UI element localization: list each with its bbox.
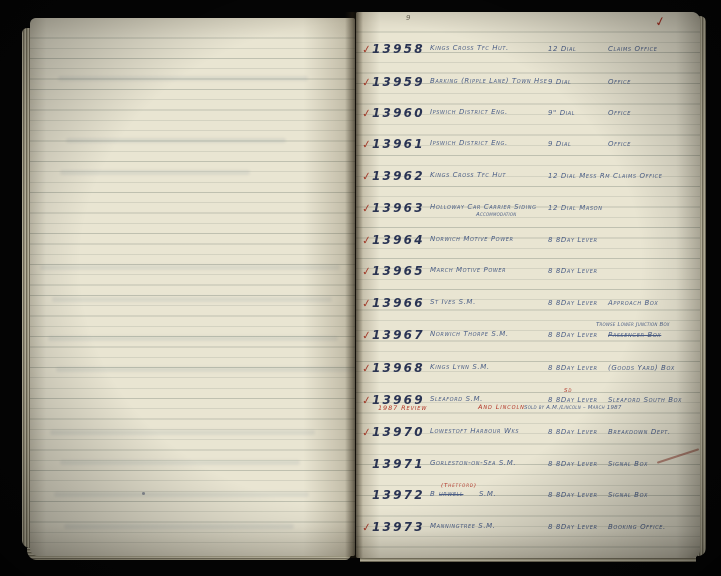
red-check-icon: ✓ — [361, 296, 372, 310]
ink-bleedthrough — [50, 430, 315, 435]
ledger-row: ✓13968Kings Lynn S.M.8 8Day Lever(Goods … — [356, 361, 700, 391]
ledger-row: ✓13959Barking (Ripple Lane) Town Hse9 Di… — [356, 75, 700, 105]
entry-location: Norwich Motive Power — [430, 235, 514, 243]
entry-type: 9 Dial — [548, 78, 571, 86]
entry-number: 13958 — [372, 42, 425, 56]
entry-type: 8 8Day Lever — [548, 428, 598, 436]
entry-number: 13964 — [372, 233, 425, 247]
entry-type: 8 8Day Lever — [548, 267, 598, 275]
entry-place-struck: Passenger Box — [608, 331, 661, 339]
entry-place: Claims Office — [608, 45, 657, 53]
red-check-icon: ✓ — [361, 393, 372, 407]
page-number-mark: 9 — [406, 14, 410, 22]
ledger-row: ✓13964Norwich Motive Power8 8Day Lever — [356, 233, 700, 263]
entry-type: 8 8Day Lever — [548, 460, 598, 468]
ledger-row: ✓13970Lowestoft Harbour Wks8 8Day LeverB… — [356, 425, 700, 455]
entry-location: Kings Cross Tfc Hut. — [430, 44, 509, 52]
entry-review-note: 1987 Review — [378, 404, 427, 412]
entry-location: Ipswich District Eng. — [430, 139, 508, 147]
entry-number: 13972 — [372, 488, 425, 502]
entry-location: Ipswich District Eng. — [430, 108, 508, 116]
ink-bleedthrough — [52, 297, 332, 302]
ledger-row: ✓13969Sleaford S.M.8 8Day LeverSdSleafor… — [356, 393, 700, 423]
entry-number: 13973 — [372, 520, 425, 534]
entry-place: Approach Box — [608, 299, 658, 307]
entry-place: Sleaford South Box — [608, 396, 682, 404]
entry-location-note: (Thetford) — [441, 483, 477, 489]
entry-number: 13967 — [372, 328, 425, 342]
ruled-lines-left — [30, 28, 355, 550]
red-check-icon: ✓ — [361, 361, 372, 375]
ink-bleedthrough — [48, 336, 338, 341]
red-check-icon: ✓ — [361, 328, 372, 342]
entry-location: Holloway Car Carrier Siding — [430, 203, 537, 211]
entry-number: 13966 — [372, 296, 425, 310]
entry-sold-note: Sold by A.M./Lincoln – March 1987 — [524, 405, 622, 411]
red-check-icon: ✓ — [361, 233, 372, 247]
ink-bleedthrough — [66, 138, 286, 143]
ledger-right-page: 9 ✓ ✓13958Kings Cross Tfc Hut.12 DialCla… — [356, 12, 700, 558]
entry-type: 12 Dial Mess Rm Claims Office — [548, 172, 663, 180]
entry-type: 9 Dial — [548, 140, 571, 148]
entry-and-lincoln-note: And Lincoln — [478, 403, 525, 411]
entry-type: 8 8Day Lever — [548, 299, 598, 307]
entry-place: Breakdown Dept. — [608, 428, 671, 436]
entry-number: 13961 — [372, 137, 425, 151]
red-check-icon: ✓ — [361, 42, 372, 56]
ledger-row: ✓13965March Motive Power8 8Day Lever — [356, 264, 700, 294]
ledger-photograph: 9 ✓ ✓13958Kings Cross Tfc Hut.12 DialCla… — [0, 0, 721, 576]
red-check-icon: ✓ — [361, 425, 372, 439]
ledger-row: ✓13967Norwich Thorpe S.M.8 8Day LeverPas… — [356, 328, 700, 358]
entry-location: Kings Lynn S.M. — [430, 363, 490, 371]
entry-location-subnote: Accommodation — [476, 212, 516, 218]
red-check-icon: ✓ — [361, 75, 372, 89]
red-check-top-icon: ✓ — [654, 14, 668, 31]
red-check-icon: ✓ — [361, 520, 372, 534]
entry-place: Booking Office. — [608, 523, 666, 531]
entry-location: Lowestoft Harbour Wks — [430, 427, 519, 435]
ink-bleedthrough — [60, 460, 300, 465]
ledger-row: ✓13958Kings Cross Tfc Hut.12 DialClaims … — [356, 42, 700, 72]
entry-place: Signal Box — [608, 491, 648, 499]
ink-bleedthrough — [56, 367, 355, 372]
entry-type: 8 8Day Lever — [548, 523, 598, 531]
entry-location: Manningtree S.M. — [430, 522, 496, 530]
entry-number: 13965 — [372, 264, 425, 278]
entry-number: 13970 — [372, 425, 425, 439]
red-check-icon: ✓ — [361, 264, 372, 278]
entry-location: Norwich Thorpe S.M. — [430, 330, 509, 338]
ledger-left-page — [30, 18, 355, 556]
ledger-row: ✓13960Ipswich District Eng.9" DialOffice — [356, 106, 700, 136]
red-check-icon: ✓ — [361, 106, 372, 120]
entry-location: Kings Cross Tfc Hut — [430, 171, 506, 179]
ink-spot — [142, 492, 145, 495]
entry-place: Signal Box — [608, 460, 648, 468]
entry-number: 13960 — [372, 106, 425, 120]
entry-place: Office — [608, 109, 631, 117]
entry-number: 13968 — [372, 361, 425, 375]
entry-location: Barking (Ripple Lane) Town Hse — [430, 77, 547, 85]
entry-type: 8 8Day Lever — [548, 396, 598, 404]
ink-bleedthrough — [40, 265, 340, 270]
entry-place: Office — [608, 78, 631, 86]
entry-location: S.M. — [479, 490, 496, 498]
entry-place: Office — [608, 140, 631, 148]
red-check-icon: ✓ — [361, 169, 372, 183]
entry-type: 12 Dial — [548, 45, 576, 53]
ledger-row: ✓13973Manningtree S.M.8 8Day LeverBookin… — [356, 520, 700, 550]
entry-number: 13963 — [372, 201, 425, 215]
entry-number: 13962 — [372, 169, 425, 183]
ink-bleedthrough — [60, 170, 250, 175]
ledger-row: ✓13962Kings Cross Tfc Hut12 Dial Mess Rm… — [356, 169, 700, 199]
entry-type: 8 8Day Lever — [548, 491, 598, 499]
ledger-row: ✓13961Ipswich District Eng.9 DialOffice — [356, 137, 700, 167]
entry-type: 8 8Day Lever — [548, 331, 598, 339]
ledger-row: 13972B(Thetford)urwellS.M.8 8Day LeverSi… — [356, 488, 700, 518]
entry-number: 13971 — [372, 457, 425, 471]
ink-bleedthrough — [54, 492, 309, 497]
entry-type: 8 8Day Lever — [548, 236, 598, 244]
entry-place: (Goods Yard) Box — [608, 364, 675, 372]
entry-location: Gorleston-on-Sea S.M. — [430, 459, 516, 467]
entry-place-note: Trowse Lower Junction Box — [596, 322, 670, 328]
entry-location: March Motive Power — [430, 266, 506, 274]
entry-location-prefix: B — [430, 490, 435, 498]
entry-type: 12 Dial Mason — [548, 204, 603, 212]
entry-type-note: Sd — [564, 388, 572, 394]
entry-number: 13959 — [372, 75, 425, 89]
ledger-row: 13971Gorleston-on-Sea S.M.8 8Day LeverSi… — [356, 457, 700, 487]
red-check-icon: ✓ — [361, 137, 372, 151]
red-check-icon: ✓ — [361, 201, 372, 215]
entry-location-struck: urwell — [439, 490, 463, 498]
entry-location: Sleaford S.M. — [430, 395, 483, 403]
ink-bleedthrough — [58, 76, 308, 81]
entry-location: St Ives S.M. — [430, 298, 476, 306]
entry-type: 8 8Day Lever — [548, 364, 598, 372]
entry-type: 9" Dial — [548, 109, 575, 117]
ledger-row: ✓13963Holloway Car Carrier SidingAccommo… — [356, 201, 700, 231]
ink-bleedthrough — [64, 524, 294, 529]
